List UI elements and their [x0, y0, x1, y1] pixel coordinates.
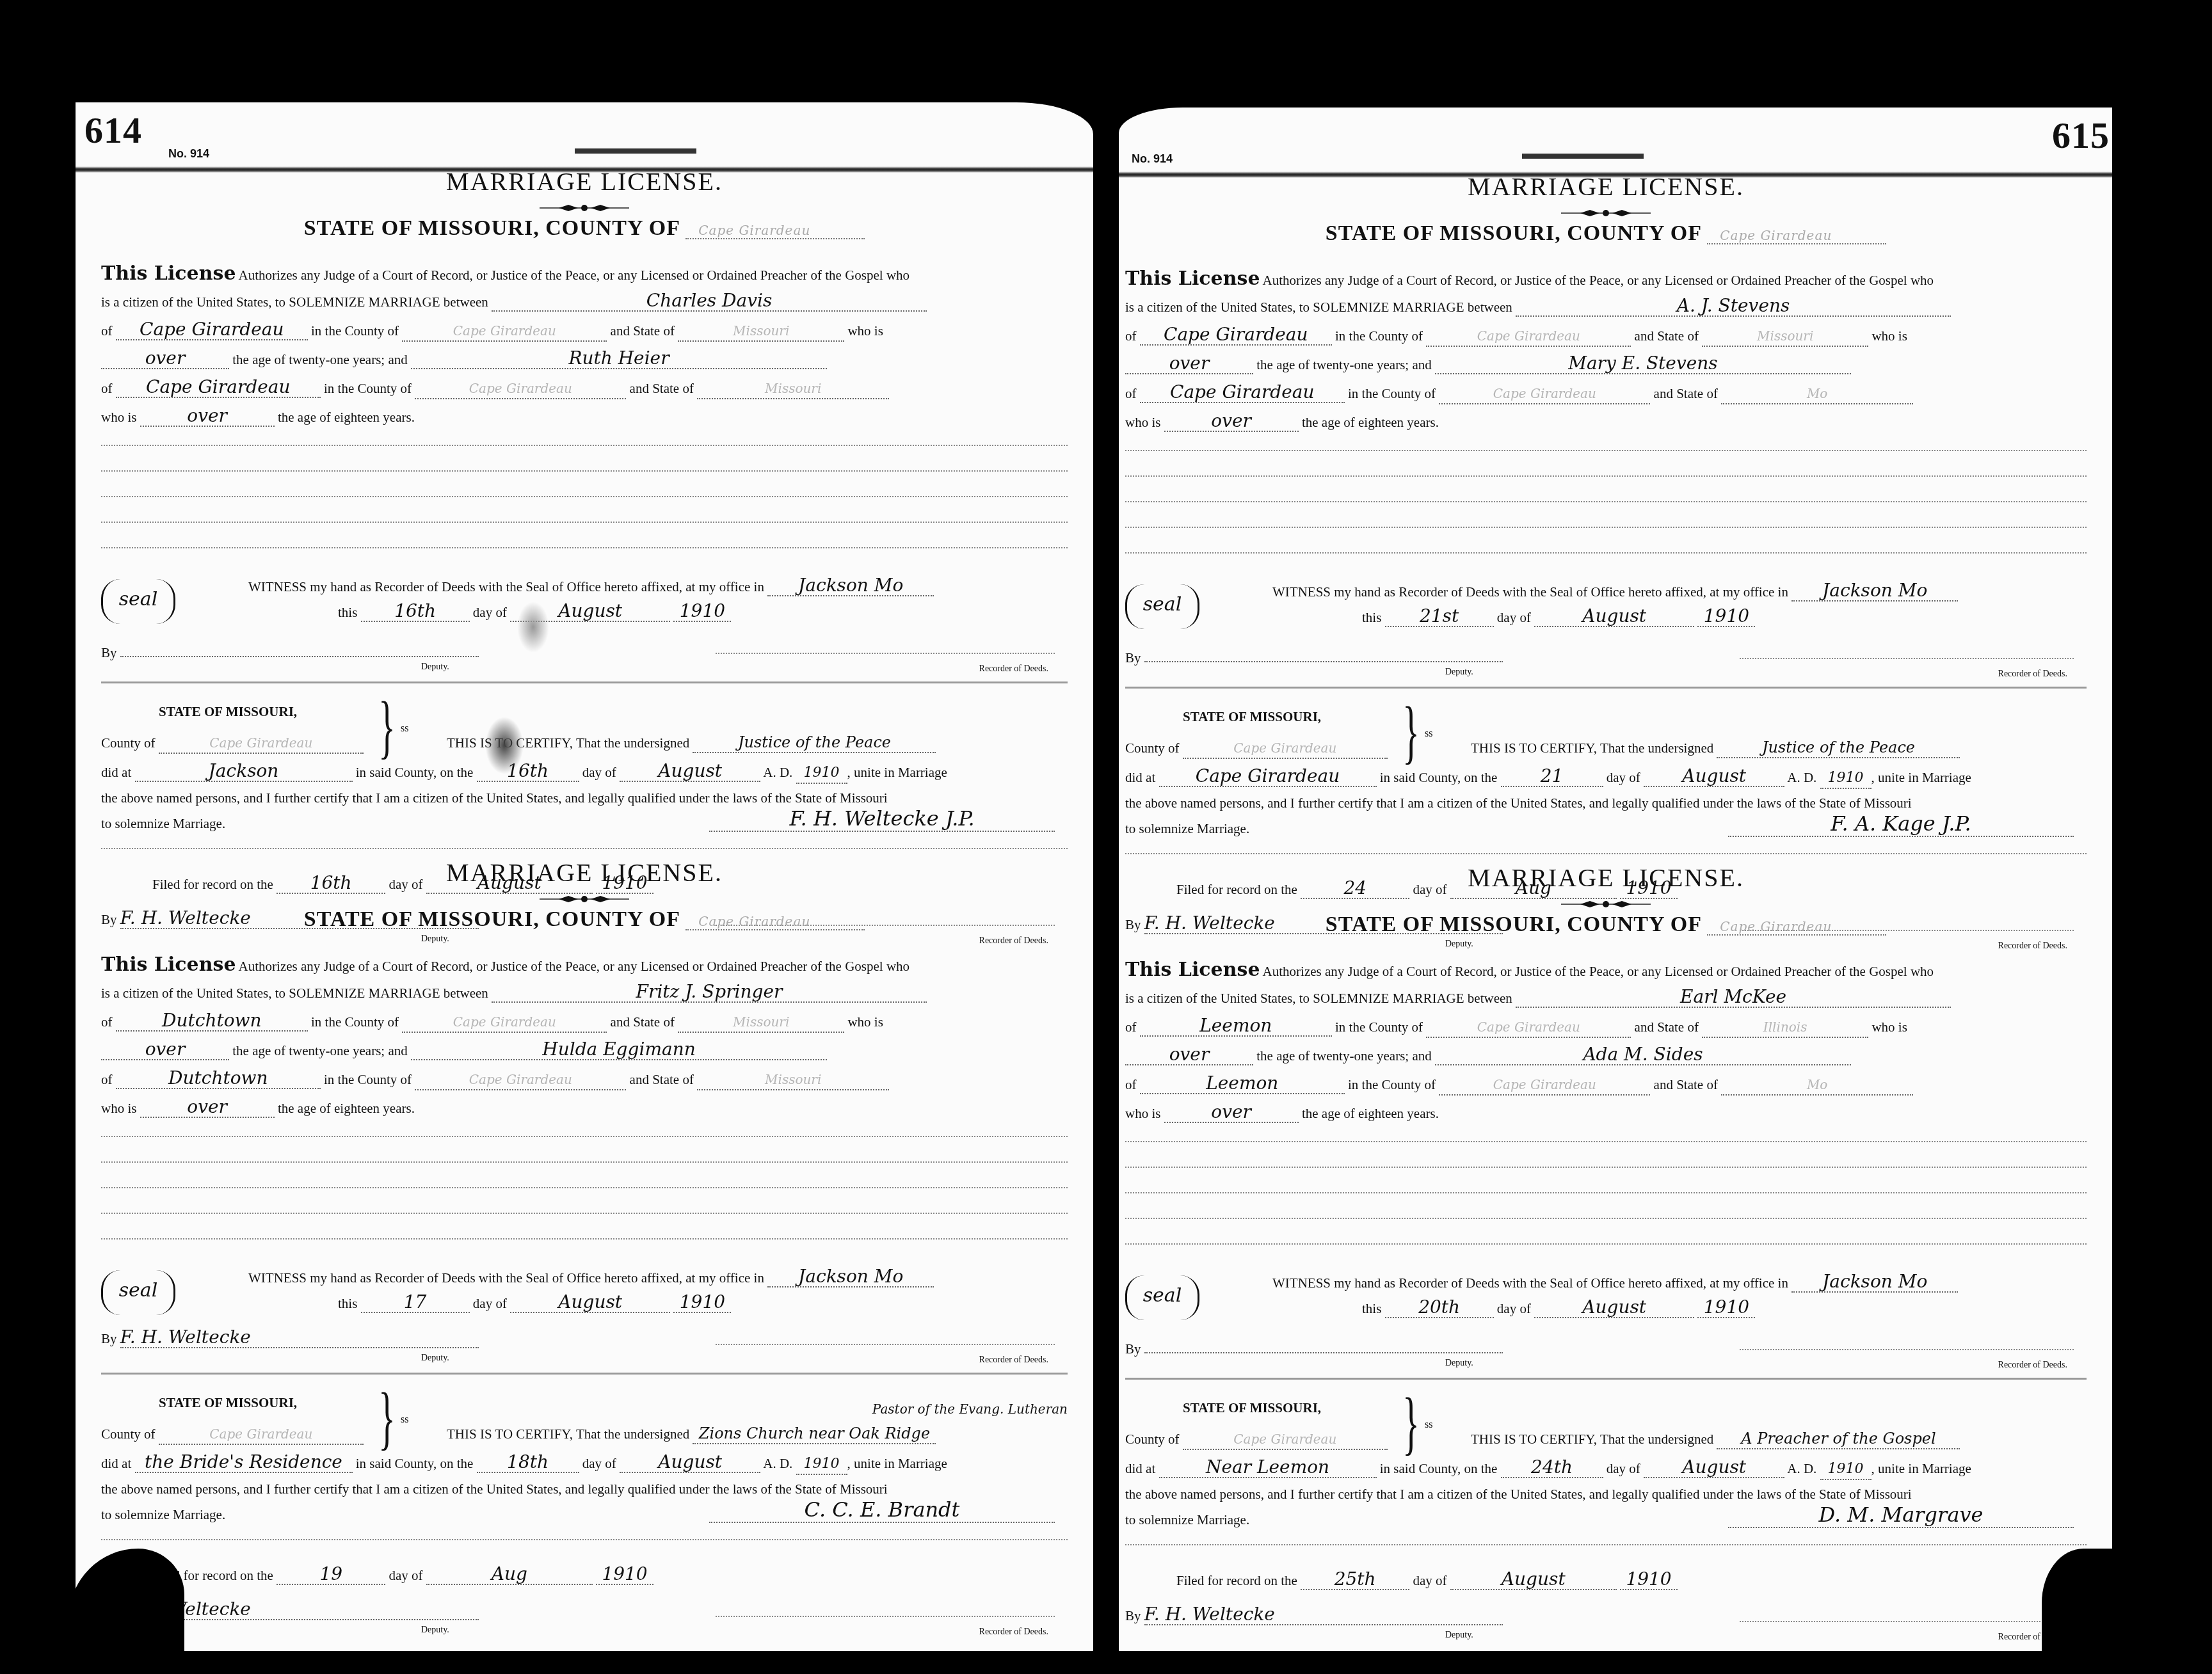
recorder-signature-line: [1740, 1621, 2074, 1622]
bride-name: Mary E. Stevens: [1435, 354, 1851, 374]
citizen-text: is a citizen of the United States, to SO…: [1125, 299, 1512, 315]
bride-age-line: who is over the age of eighteen years.: [1125, 1103, 2087, 1123]
age-18-label: the age of eighteen years.: [278, 1101, 415, 1116]
witness-day: 20th: [1385, 1298, 1494, 1318]
filed-by-line: By F. H. Weltecke: [101, 1600, 1068, 1620]
who-is-label: who is: [847, 323, 883, 339]
in-county-label: in the County of: [324, 381, 412, 396]
cert-place-date-line: did at Near Leemon in said County, on th…: [1125, 1458, 2087, 1480]
state-county-label: STATE OF MISSOURI, COUNTY OF: [1326, 221, 1701, 245]
state-county-label: STATE OF MISSOURI, COUNTY OF: [1326, 913, 1701, 936]
qualification-text: the above named persons, and I further c…: [101, 790, 1068, 806]
authorization-line: This License Authorizes any Judge of a C…: [101, 953, 1068, 976]
blank-line: [101, 547, 1068, 548]
in-county-label: in the County of: [311, 1014, 399, 1030]
did-at-label: did at: [1125, 1461, 1155, 1476]
of-label: of: [1125, 1019, 1137, 1035]
witness-line: WITNESS my hand as Recorder of Deeds wit…: [1272, 581, 2087, 602]
groom-residence: Cape Girardeau: [116, 320, 308, 340]
authorizes-text: Authorizes any Judge of a Court of Recor…: [239, 959, 910, 974]
bride-residence-line: of Dutchtown in the County of Cape Girar…: [101, 1069, 1068, 1090]
unite-label: , unite in Marriage: [847, 765, 947, 780]
groom-age: over: [1125, 1045, 1253, 1065]
bride-residence: Leemon: [1140, 1074, 1345, 1094]
blank-line: [1125, 475, 2087, 477]
recorder-signature-line: [716, 653, 1055, 654]
day-of-label: day of: [1497, 1301, 1531, 1316]
bride-residence: Cape Girardeau: [116, 378, 321, 398]
this-license-label: This License: [1125, 267, 1260, 290]
bride-name: Ada M. Sides: [1435, 1045, 1851, 1065]
unite-label: , unite in Marriage: [1871, 770, 1971, 785]
ceremony-year: 1910: [1820, 1460, 1871, 1480]
certify-text: THIS IS TO CERTIFY, That the undersigned: [1471, 740, 1713, 756]
solemnize-line: is a citizen of the United States, to SO…: [1125, 987, 2087, 1008]
recorder-label: Recorder of Deeds.: [1998, 1360, 2067, 1371]
page-shadow: [76, 1549, 184, 1651]
groom-state: Missouri: [1702, 326, 1868, 347]
witness-place: Jackson Mo: [767, 576, 934, 596]
county-of-label: County of: [101, 735, 156, 751]
groom-name: Fritz J. Springer: [492, 982, 927, 1003]
day-of-label: day of: [582, 765, 616, 780]
page-number-right: 615: [2052, 114, 2110, 157]
groom-age: over: [101, 349, 229, 369]
recorder-label: Recorder of Deeds.: [979, 1627, 1048, 1638]
filed-by-signature: F. H. Weltecke: [1144, 1605, 1503, 1625]
license-card: MARRIAGE LICENSE. STATE OF MISSOURI, COU…: [101, 166, 1068, 864]
groom-residence-line: of Dutchtown in the County of Cape Girar…: [101, 1011, 1068, 1033]
ceremony-month: August: [620, 761, 760, 782]
this-license-label: This License: [1125, 959, 1260, 981]
cert-state-heading: STATE OF MISSOURI,: [159, 704, 1068, 720]
bride-state: Mo: [1721, 384, 1913, 404]
left-page: 614 No. 914 MARRIAGE LICENSE. STATE OF M…: [76, 102, 1093, 1651]
of-label: of: [1125, 328, 1137, 344]
ad-label: A. D.: [763, 765, 792, 780]
witness-text: WITNESS my hand as Recorder of Deeds wit…: [1272, 1275, 1788, 1291]
book-gutter: [1093, 96, 1119, 1674]
day-of-label: day of: [1497, 610, 1531, 625]
deputy-label: Deputy.: [421, 1353, 449, 1364]
officiant-title: A Preacher of the Gospel: [1717, 1429, 1960, 1449]
recorder-label: Recorder of Deeds.: [979, 1355, 1048, 1366]
ornament-divider-icon: [540, 895, 629, 904]
in-said-county-label: in said County, on the: [356, 1456, 474, 1471]
witness-month: August: [510, 1293, 670, 1313]
qualification-text: the above named persons, and I further c…: [101, 1481, 1068, 1497]
witness-day: 21st: [1385, 607, 1494, 627]
groom-state: Missouri: [678, 321, 844, 342]
groom-residence: Leemon: [1140, 1016, 1332, 1037]
ceremony-day: 21: [1501, 767, 1603, 787]
officiant-signature-line: C. C. E. Brandt: [709, 1497, 1055, 1523]
filed-day: 19: [276, 1565, 385, 1585]
officiant-signature: C. C. E. Brandt: [805, 1497, 960, 1522]
groom-age: over: [1125, 354, 1253, 374]
authorizes-text: Authorizes any Judge of a Court of Recor…: [239, 267, 910, 283]
officiant-title: Zions Church near Oak Ridge: [693, 1424, 936, 1444]
filed-line: Filed for record on the 25th day of Augu…: [1176, 1570, 2087, 1590]
seal-mark: seal: [101, 579, 175, 624]
officiant-title: Justice of the Peace: [1717, 738, 1960, 758]
deputy-label: Deputy.: [1445, 1359, 1473, 1369]
deputy-line: By: [1125, 642, 2087, 666]
deputy-signature: [1144, 1333, 1503, 1353]
blank-line: [1125, 1243, 2087, 1245]
witness-day: 17: [361, 1293, 470, 1313]
ad-label: A. D.: [763, 1456, 792, 1471]
section-rule: [1125, 1378, 2087, 1380]
county-of-label: County of: [101, 1426, 156, 1442]
cert-place-date-line: did at Cape Girardeau in said County, on…: [1125, 767, 2087, 789]
day-of-label: day of: [1607, 770, 1640, 785]
bride-name: Hulda Eggimann: [411, 1040, 827, 1060]
groom-residence-line: of Cape Girardeau in the County of Cape …: [1125, 325, 2087, 347]
of-label: of: [101, 1014, 113, 1030]
license-title: MARRIAGE LICENSE.: [101, 857, 1068, 888]
bride-age-line: who is over the age of eighteen years.: [101, 406, 1068, 427]
groom-name: Earl McKee: [1516, 987, 1951, 1008]
blank-line: [101, 1539, 1068, 1540]
bride-state: Missouri: [697, 1070, 889, 1090]
bride-county: Cape Girardeau: [415, 1070, 626, 1090]
bride-residence-line: of Cape Girardeau in the County of Cape …: [1125, 383, 2087, 404]
this-label: this: [1362, 1301, 1381, 1316]
ornament-divider-icon: [1561, 209, 1651, 218]
this-license-label: This License: [101, 262, 236, 285]
witness-month: August: [1534, 1298, 1694, 1318]
ceremony-place: Cape Girardeau: [1159, 767, 1377, 787]
form-number: No. 914: [1132, 152, 1173, 166]
cert-county-line: County of Cape Girardeau THIS IS TO CERT…: [1125, 738, 2087, 759]
printer-imprint: [575, 148, 696, 154]
witness-text: WITNESS my hand as Recorder of Deeds wit…: [248, 579, 764, 594]
deputy-signature: [120, 637, 479, 657]
filed-line: Filed for record on the 19 day of Aug 19…: [152, 1565, 1068, 1585]
deputy-label: Deputy.: [421, 662, 449, 673]
citizen-text: is a citizen of the United States, to SO…: [101, 985, 488, 1001]
deputy-line: By: [1125, 1333, 2087, 1357]
officiant-signature: D. M. Margrave: [1819, 1503, 1984, 1527]
did-at-label: did at: [1125, 770, 1155, 785]
solemnize-line: is a citizen of the United States, to SO…: [1125, 296, 2087, 317]
ad-label: A. D.: [1787, 770, 1816, 785]
bride-residence-line: of Cape Girardeau in the County of Cape …: [101, 378, 1068, 399]
this-label: this: [338, 605, 357, 620]
who-is-label: who is: [1871, 328, 1907, 344]
ceremony-year: 1910: [796, 763, 847, 784]
blank-line: [101, 848, 1068, 849]
bride-residence: Dutchtown: [116, 1069, 321, 1089]
witness-text: WITNESS my hand as Recorder of Deeds wit…: [248, 1270, 764, 1286]
ceremony-month: August: [620, 1453, 760, 1473]
officiant-signature: F. A. Kage J.P.: [1831, 811, 1971, 836]
cert-state-heading: STATE OF MISSOURI,: [1183, 709, 2087, 725]
day-of-label: day of: [582, 1456, 616, 1471]
witness-line: WITNESS my hand as Recorder of Deeds wit…: [248, 576, 1068, 596]
deputy-line: By: [101, 637, 1068, 661]
and-state-label: and State of: [1635, 1019, 1699, 1035]
recorder-signature-line: [716, 1344, 1055, 1345]
ceremony-day: 24th: [1501, 1458, 1603, 1478]
filed-year: 1910: [1620, 1570, 1678, 1590]
in-said-county-label: in said County, on the: [356, 765, 474, 780]
day-of-label: day of: [473, 1296, 507, 1311]
blank-line: [101, 470, 1068, 472]
ceremony-place: Jackson: [135, 761, 353, 782]
ceremony-year: 1910: [796, 1455, 847, 1475]
witness-place: Jackson Mo: [1791, 581, 1958, 602]
qualification-text: the above named persons, and I further c…: [1125, 1487, 2087, 1503]
in-said-county-label: in said County, on the: [1380, 770, 1498, 785]
officiant-title-line1: Pastor of the Evang. Lutheran: [872, 1401, 1068, 1417]
groom-county: Cape Girardeau: [402, 1012, 607, 1033]
blank-line: [1125, 552, 2087, 554]
by-label: By: [1125, 650, 1141, 666]
unite-label: , unite in Marriage: [847, 1456, 947, 1471]
blank-line: [1125, 1167, 2087, 1168]
citizen-text: is a citizen of the United States, to SO…: [101, 294, 488, 310]
and-state-label: and State of: [630, 1072, 694, 1087]
groom-name: A. J. Stevens: [1516, 296, 1951, 317]
day-of-label: day of: [1413, 1573, 1447, 1588]
blank-line: [1125, 1192, 2087, 1193]
right-page: 615 No. 914 MARRIAGE LICENSE. STATE OF M…: [1119, 108, 2112, 1651]
county-value: Cape Girardeau: [685, 223, 865, 239]
this-label: this: [1362, 610, 1381, 625]
certify-text: THIS IS TO CERTIFY, That the undersigned: [1471, 1431, 1713, 1447]
certify-text: THIS IS TO CERTIFY, That the undersigned: [447, 1426, 689, 1442]
blank-line: [101, 1187, 1068, 1188]
and-state-label: and State of: [630, 381, 694, 396]
cert-county-line: County of Cape Girardeau THIS IS TO CERT…: [1125, 1429, 2087, 1450]
authorization-line: This License Authorizes any Judge of a C…: [1125, 959, 2087, 981]
in-county-label: in the County of: [1335, 328, 1423, 344]
deputy-signature: F. H. Weltecke: [120, 1328, 479, 1348]
groom-state: Missouri: [678, 1012, 844, 1033]
groom-age-line: over the age of twenty-one years; and Ru…: [101, 349, 1068, 369]
license-card: MARRIAGE LICENSE. STATE OF MISSOURI, COU…: [1125, 863, 2087, 1560]
filed-year: 1910: [596, 1565, 653, 1585]
day-of-label: day of: [389, 1568, 422, 1583]
officiant-signature-line: F. A. Kage J.P.: [1728, 811, 2074, 837]
license-title: MARRIAGE LICENSE.: [1125, 171, 2087, 202]
bride-age: over: [1164, 1103, 1299, 1123]
ornament-divider-icon: [540, 203, 629, 212]
ornament-divider-icon: [1561, 900, 1651, 909]
age-18-label: the age of eighteen years.: [1302, 1106, 1439, 1121]
age-21-label: the age of twenty-one years; and: [232, 352, 407, 367]
of-label: of: [1125, 386, 1137, 401]
filed-month: Aug: [426, 1565, 593, 1585]
county-of-label: County of: [1125, 740, 1180, 756]
in-county-label: in the County of: [1348, 386, 1436, 401]
deputy-signature: [1144, 642, 1503, 662]
state-county-label: STATE OF MISSOURI, COUNTY OF: [304, 216, 680, 240]
recorder-label: Recorder of Deeds.: [1998, 669, 2067, 680]
witness-place: Jackson Mo: [767, 1267, 934, 1287]
blank-line: [101, 445, 1068, 446]
groom-county: Cape Girardeau: [402, 321, 607, 342]
deputy-line: By F. H. Weltecke: [101, 1328, 1068, 1348]
cert-county-line: County of Cape Girardeau THIS IS TO CERT…: [101, 733, 1068, 754]
of-label: of: [1125, 1077, 1137, 1092]
blank-line: [101, 522, 1068, 523]
age-21-label: the age of twenty-one years; and: [1256, 357, 1431, 372]
section-rule: [101, 1373, 1068, 1375]
who-is-label: who is: [101, 410, 136, 425]
age-18-label: the age of eighteen years.: [278, 410, 415, 425]
ceremony-month: August: [1644, 767, 1784, 787]
unite-label: , unite in Marriage: [1871, 1461, 1971, 1476]
of-label: of: [101, 381, 113, 396]
officiant-signature-line: D. M. Margrave: [1728, 1503, 2074, 1528]
groom-state: Illinois: [1702, 1017, 1868, 1038]
printer-imprint: [1522, 154, 1644, 159]
cert-place-date-line: did at Jackson in said County, on the 16…: [101, 761, 1068, 784]
bride-age: over: [140, 1097, 275, 1118]
bride-residence: Cape Girardeau: [1140, 383, 1345, 403]
seal-mark: seal: [101, 1270, 175, 1315]
solemnize-line: is a citizen of the United States, to SO…: [101, 982, 1068, 1003]
ceremony-place: the Bride's Residence: [135, 1453, 353, 1473]
groom-age-line: over the age of twenty-one years; and Ad…: [1125, 1045, 2087, 1065]
state-county-heading: STATE OF MISSOURI, COUNTY OF Cape Girard…: [1125, 221, 2087, 246]
qualification-text: the above named persons, and I further c…: [1125, 795, 2087, 811]
who-is-label: who is: [1125, 415, 1160, 430]
state-county-heading: STATE OF MISSOURI, COUNTY OF Cape Girard…: [101, 216, 1068, 241]
groom-age-line: over the age of twenty-one years; and Hu…: [101, 1040, 1068, 1060]
groom-residence: Cape Girardeau: [1140, 325, 1332, 346]
witness-year: 1910: [1697, 607, 1755, 627]
witness-year: 1910: [673, 602, 731, 622]
who-is-label: who is: [1871, 1019, 1907, 1035]
seal-mark: seal: [1125, 1275, 1199, 1320]
groom-age-line: over the age of twenty-one years; and Ma…: [1125, 354, 2087, 374]
who-is-label: who is: [847, 1014, 883, 1030]
authorization-line: This License Authorizes any Judge of a C…: [1125, 267, 2087, 290]
bride-residence-line: of Leemon in the County of Cape Girardea…: [1125, 1074, 2087, 1096]
seal-mark: seal: [1125, 584, 1199, 629]
page-shadow: [2042, 1549, 2112, 1651]
of-label: of: [101, 323, 113, 339]
section-rule: [1125, 687, 2087, 689]
citizen-text: is a citizen of the United States, to SO…: [1125, 991, 1512, 1006]
state-county-label: STATE OF MISSOURI, COUNTY OF: [304, 907, 680, 931]
in-county-label: in the County of: [324, 1072, 412, 1087]
and-state-label: and State of: [1635, 328, 1699, 344]
groom-residence-line: of Cape Girardeau in the County of Cape …: [101, 320, 1068, 342]
blank-line: [1125, 501, 2087, 502]
county-value: Cape Girardeau: [1707, 228, 1886, 244]
groom-name: Charles Davis: [492, 291, 927, 312]
witness-date-line: this 16th day of August 1910: [338, 602, 1068, 622]
who-is-label: who is: [1125, 1106, 1160, 1121]
solemnize-line: is a citizen of the United States, to SO…: [101, 291, 1068, 312]
filed-month: August: [1450, 1570, 1617, 1590]
filed-label: Filed for record on the: [1176, 1573, 1297, 1588]
ad-label: A. D.: [1787, 1461, 1816, 1476]
blank-line: [101, 496, 1068, 497]
by-label: By: [1125, 1608, 1141, 1623]
bride-age: over: [1164, 411, 1299, 432]
age-21-label: the age of twenty-one years; and: [232, 1043, 407, 1058]
ceremony-month: August: [1644, 1458, 1784, 1478]
bride-county: Cape Girardeau: [1439, 1075, 1650, 1096]
officiant-signature-line: F. H. Weltecke J.P.: [709, 806, 1055, 832]
ceremony-year: 1910: [1820, 769, 1871, 789]
ceremony-place: Near Leemon: [1159, 1458, 1377, 1478]
in-county-label: in the County of: [1335, 1019, 1423, 1035]
witness-text: WITNESS my hand as Recorder of Deeds wit…: [1272, 584, 1788, 600]
blank-line: [101, 1238, 1068, 1240]
groom-residence-line: of Leemon in the County of Cape Girardea…: [1125, 1016, 2087, 1038]
recorder-label: Recorder of Deeds.: [979, 664, 1048, 674]
cert-place-date-line: did at the Bride's Residence in said Cou…: [101, 1453, 1068, 1475]
authorization-line: This License Authorizes any Judge of a C…: [101, 262, 1068, 285]
this-license-label: This License: [101, 953, 236, 976]
by-label: By: [101, 1331, 117, 1346]
cert-county: Cape Girardeau: [159, 1424, 364, 1445]
ceremony-day: 18th: [477, 1453, 579, 1473]
blank-line: [1125, 1544, 2087, 1545]
section-rule: [101, 682, 1068, 683]
witness-date-line: this 17 day of August 1910: [338, 1293, 1068, 1313]
bride-state: Mo: [1721, 1075, 1913, 1096]
license-title: MARRIAGE LICENSE.: [1125, 863, 2087, 893]
by-label: By: [101, 645, 117, 660]
witness-line: WITNESS my hand as Recorder of Deeds wit…: [248, 1267, 1068, 1287]
blank-line: [1125, 1141, 2087, 1142]
witness-date-line: this 20th day of August 1910: [1362, 1298, 2087, 1318]
day-of-label: day of: [1607, 1461, 1640, 1476]
form-number: No. 914: [168, 147, 209, 161]
witness-day: 16th: [361, 602, 470, 622]
and-state-label: and State of: [611, 1014, 675, 1030]
certify-text: THIS IS TO CERTIFY, That the undersigned: [447, 735, 689, 751]
license-card: MARRIAGE LICENSE. STATE OF MISSOURI, COU…: [1125, 171, 2087, 869]
deputy-label: Deputy.: [1445, 1630, 1473, 1641]
in-county-label: in the County of: [311, 323, 399, 339]
blank-line: [101, 1161, 1068, 1163]
blank-line: [101, 1213, 1068, 1214]
and-state-label: and State of: [611, 323, 675, 339]
blank-line: [1125, 527, 2087, 528]
witness-month: August: [510, 602, 670, 622]
authorizes-text: Authorizes any Judge of a Court of Recor…: [1263, 964, 1934, 979]
county-value: Cape Girardeau: [1707, 919, 1886, 936]
cert-county: Cape Girardeau: [1183, 1430, 1388, 1450]
and-state-label: and State of: [1654, 386, 1718, 401]
in-county-label: in the County of: [1348, 1077, 1436, 1092]
cert-county: Cape Girardeau: [1183, 738, 1388, 759]
groom-residence: Dutchtown: [116, 1011, 308, 1032]
witness-year: 1910: [673, 1293, 731, 1313]
license-card: MARRIAGE LICENSE. STATE OF MISSOURI, COU…: [101, 857, 1068, 1555]
cert-state-heading: STATE OF MISSOURI,: [1183, 1400, 2087, 1416]
groom-county: Cape Girardeau: [1426, 326, 1631, 347]
age-21-label: the age of twenty-one years; and: [1256, 1048, 1431, 1064]
of-label: of: [101, 1072, 113, 1087]
bride-name: Ruth Heier: [411, 349, 827, 369]
did-at-label: did at: [101, 1456, 131, 1471]
recorder-signature-line: [1740, 1349, 2074, 1350]
county-of-label: County of: [1125, 1431, 1180, 1447]
groom-age: over: [101, 1040, 229, 1060]
who-is-label: who is: [101, 1101, 136, 1116]
deputy-label: Deputy.: [421, 1625, 449, 1636]
